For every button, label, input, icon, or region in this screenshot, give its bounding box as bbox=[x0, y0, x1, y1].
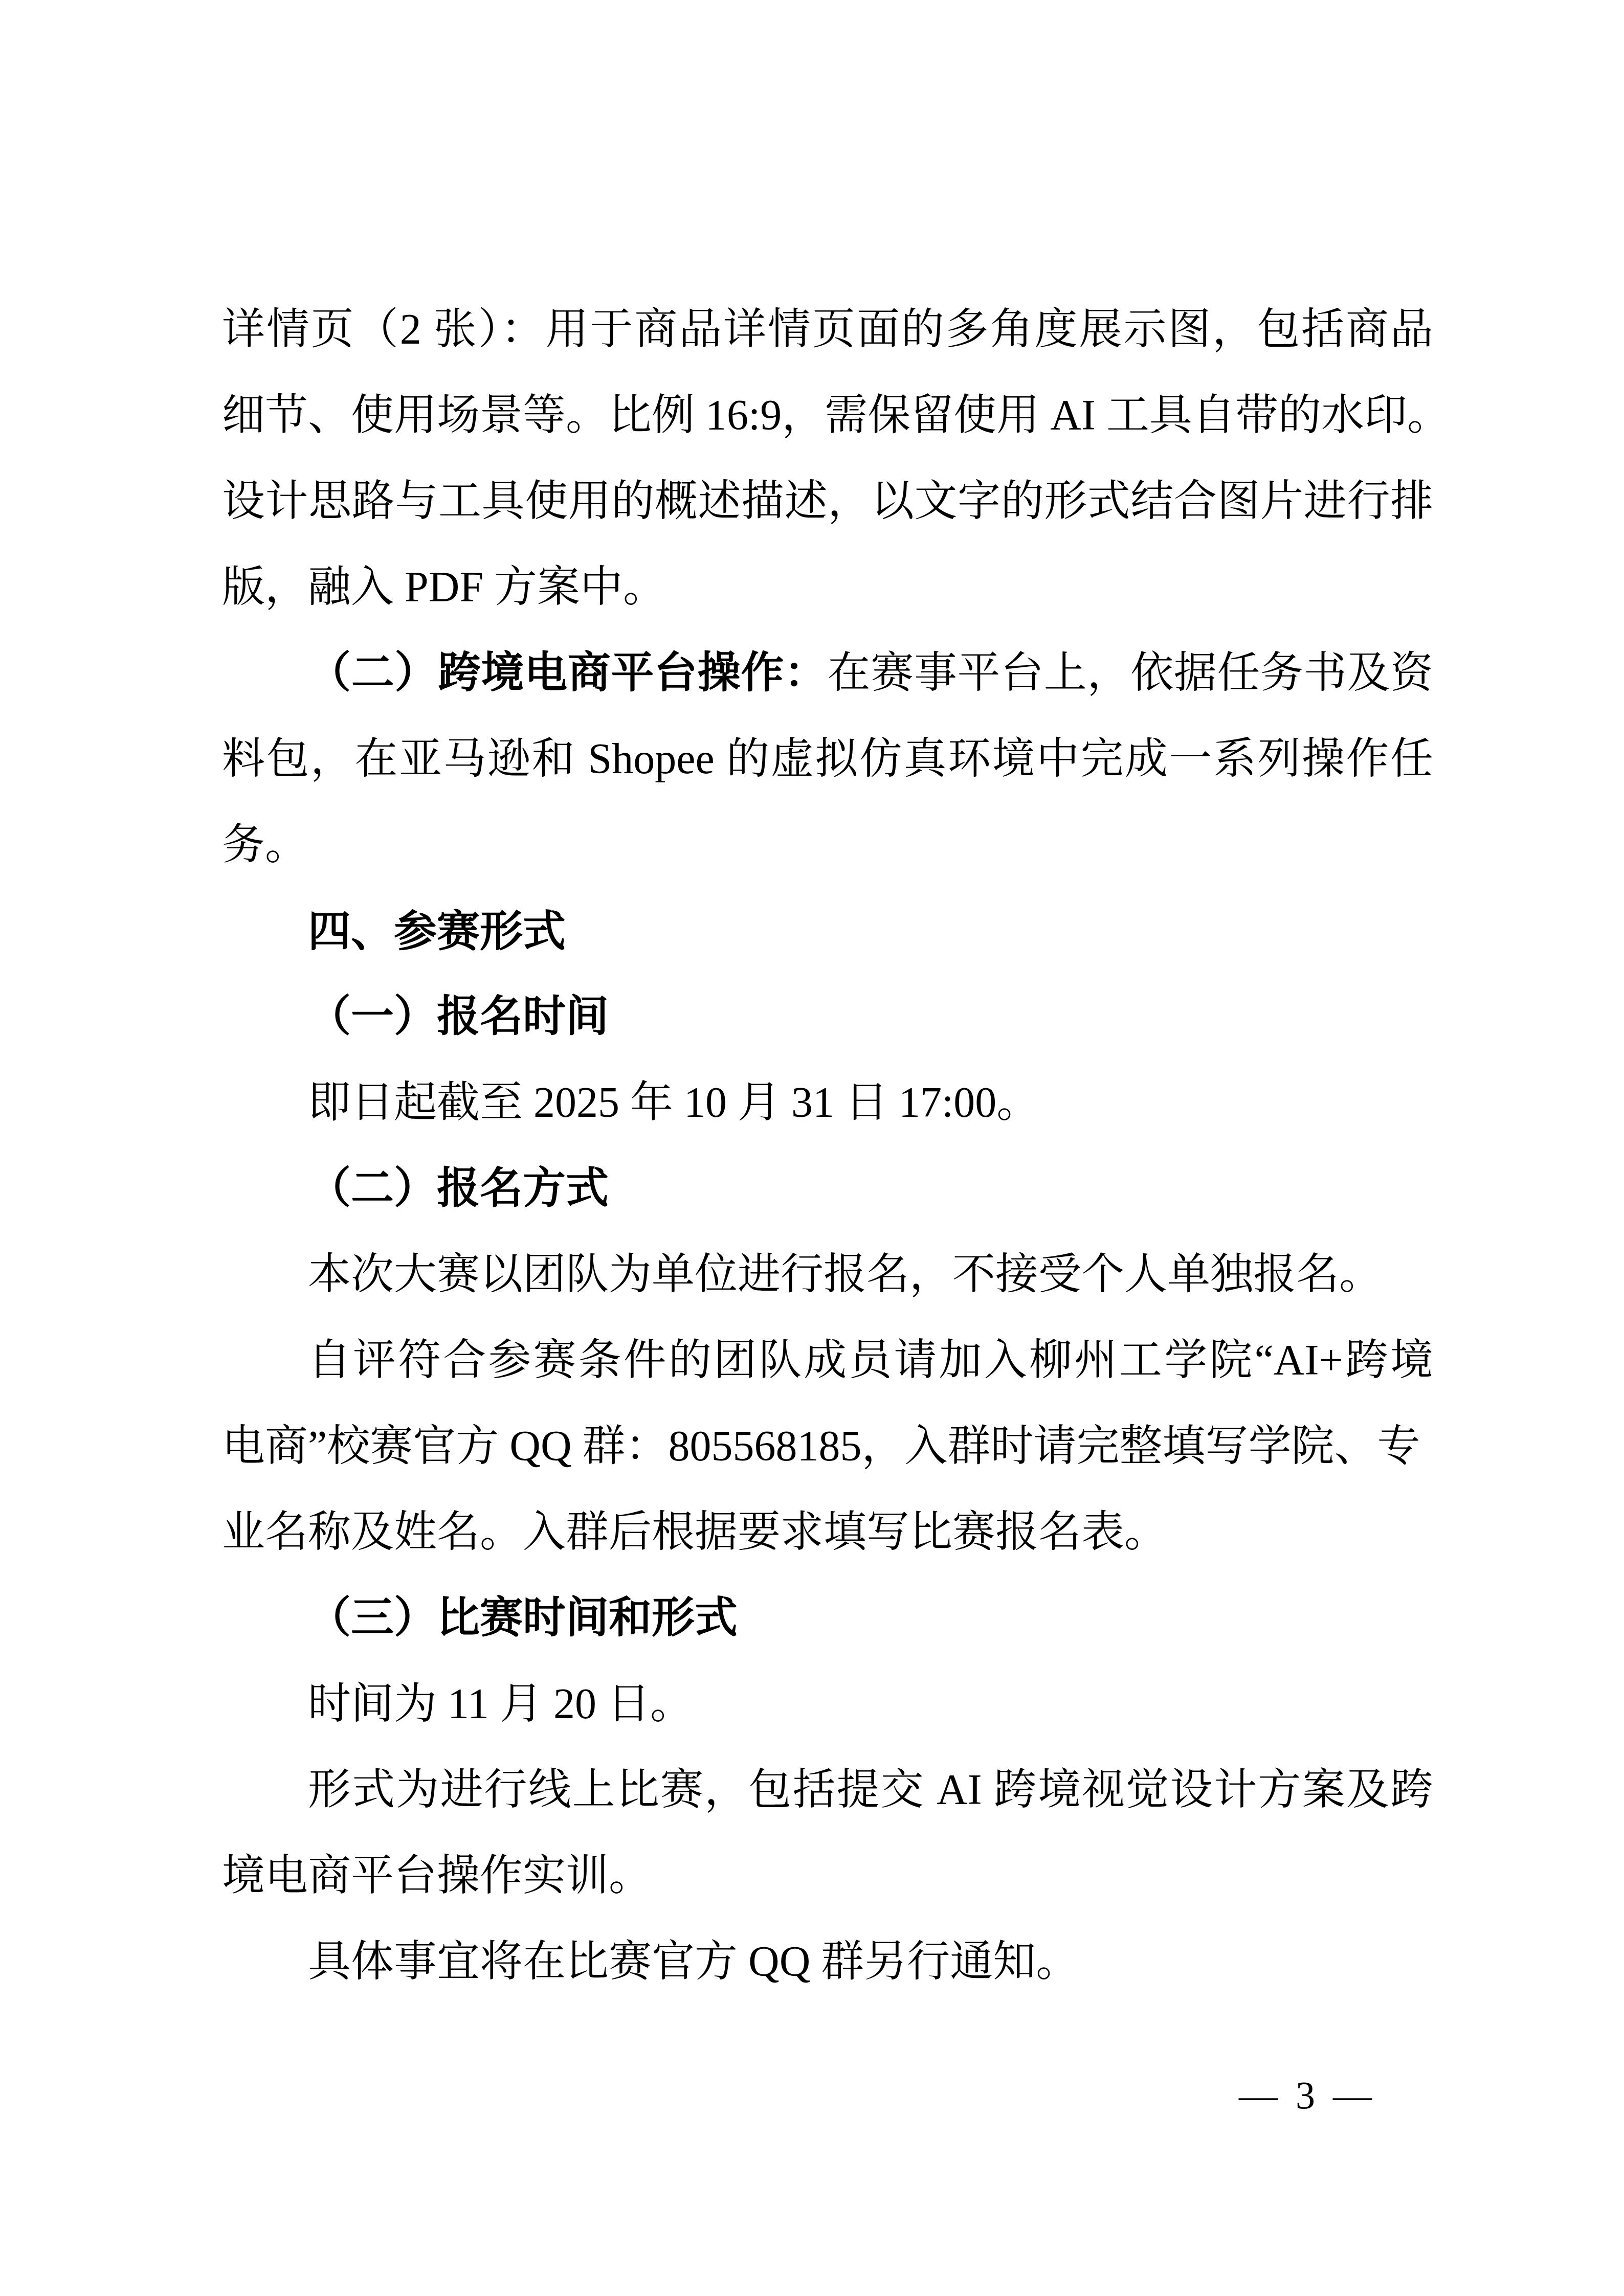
paragraph-qq-group-join-line: 业名称及姓名。入群后根据要求填写比赛报名表。 bbox=[222, 1490, 1433, 1575]
paragraph-further-notice-line: 具体事宜将在比赛官方 QQ 群另行通知。 bbox=[222, 1919, 1433, 2005]
paragraph-detail-page-requirements-line: 设计思路与工具使用的概述描述，以文字的形式结合图片进行排 bbox=[222, 459, 1433, 545]
paragraph-competition-format-line: 境电商平台操作实训。 bbox=[222, 1833, 1433, 1919]
body-text: 在赛事平台上，依据任务书及资 bbox=[828, 649, 1433, 697]
heading-4-1-registration-time-line: （一）报名时间 bbox=[222, 974, 1433, 1060]
paragraph-qq-group-join-line: 自评符合参赛条件的团队成员请加入柳州工学院“AI+跨境 bbox=[222, 1318, 1433, 1404]
paragraph-detail-page-requirements-line: 版，融入 PDF 方案中。 bbox=[222, 545, 1433, 631]
document-body: 详情页（2 张）：用于商品详情页面的多角度展示图，包括商品细节、使用场景等。比例… bbox=[222, 287, 1433, 2005]
heading-section-4-participation-format-line: 四、参赛形式 bbox=[222, 888, 1433, 974]
paragraph-detail-page-requirements-line: 详情页（2 张）：用于商品详情页面的多角度展示图，包括商品 bbox=[222, 287, 1433, 373]
paragraph-detail-page-requirements-line: 细节、使用场景等。比例 16:9，需保留使用 AI 工具自带的水印。 bbox=[222, 373, 1433, 459]
lead-in-text: （二）跨境电商平台操作： bbox=[308, 649, 828, 697]
paragraph-competition-date-line: 时间为 11 月 20 日。 bbox=[222, 1661, 1433, 1747]
document-page: 详情页（2 张）：用于商品详情页面的多角度展示图，包括商品细节、使用场景等。比例… bbox=[0, 0, 1624, 2296]
paragraph-team-registration-line: 本次大赛以团队为单位进行报名，不接受个人单独报名。 bbox=[222, 1232, 1433, 1318]
paragraph-platform-operation-line: 料包，在亚马逊和 Shopee 的虚拟仿真环境中完成一系列操作任 bbox=[222, 716, 1433, 802]
paragraph-platform-operation-line: 务。 bbox=[222, 802, 1433, 888]
heading-4-2-registration-method-line: （二）报名方式 bbox=[222, 1146, 1433, 1232]
paragraph-registration-deadline-line: 即日起截至 2025 年 10 月 31 日 17:00。 bbox=[222, 1060, 1433, 1146]
heading-4-3-competition-time-and-format-line: （三）比赛时间和形式 bbox=[222, 1575, 1433, 1661]
paragraph-qq-group-join-line: 电商”校赛官方 QQ 群：805568185，入群时请完整填写学院、专 bbox=[222, 1404, 1433, 1490]
page-number: — 3 — bbox=[1239, 2074, 1376, 2117]
paragraph-platform-operation-line: （二）跨境电商平台操作：在赛事平台上，依据任务书及资 bbox=[222, 631, 1433, 716]
paragraph-competition-format-line: 形式为进行线上比赛，包括提交 AI 跨境视觉设计方案及跨 bbox=[222, 1747, 1433, 1833]
